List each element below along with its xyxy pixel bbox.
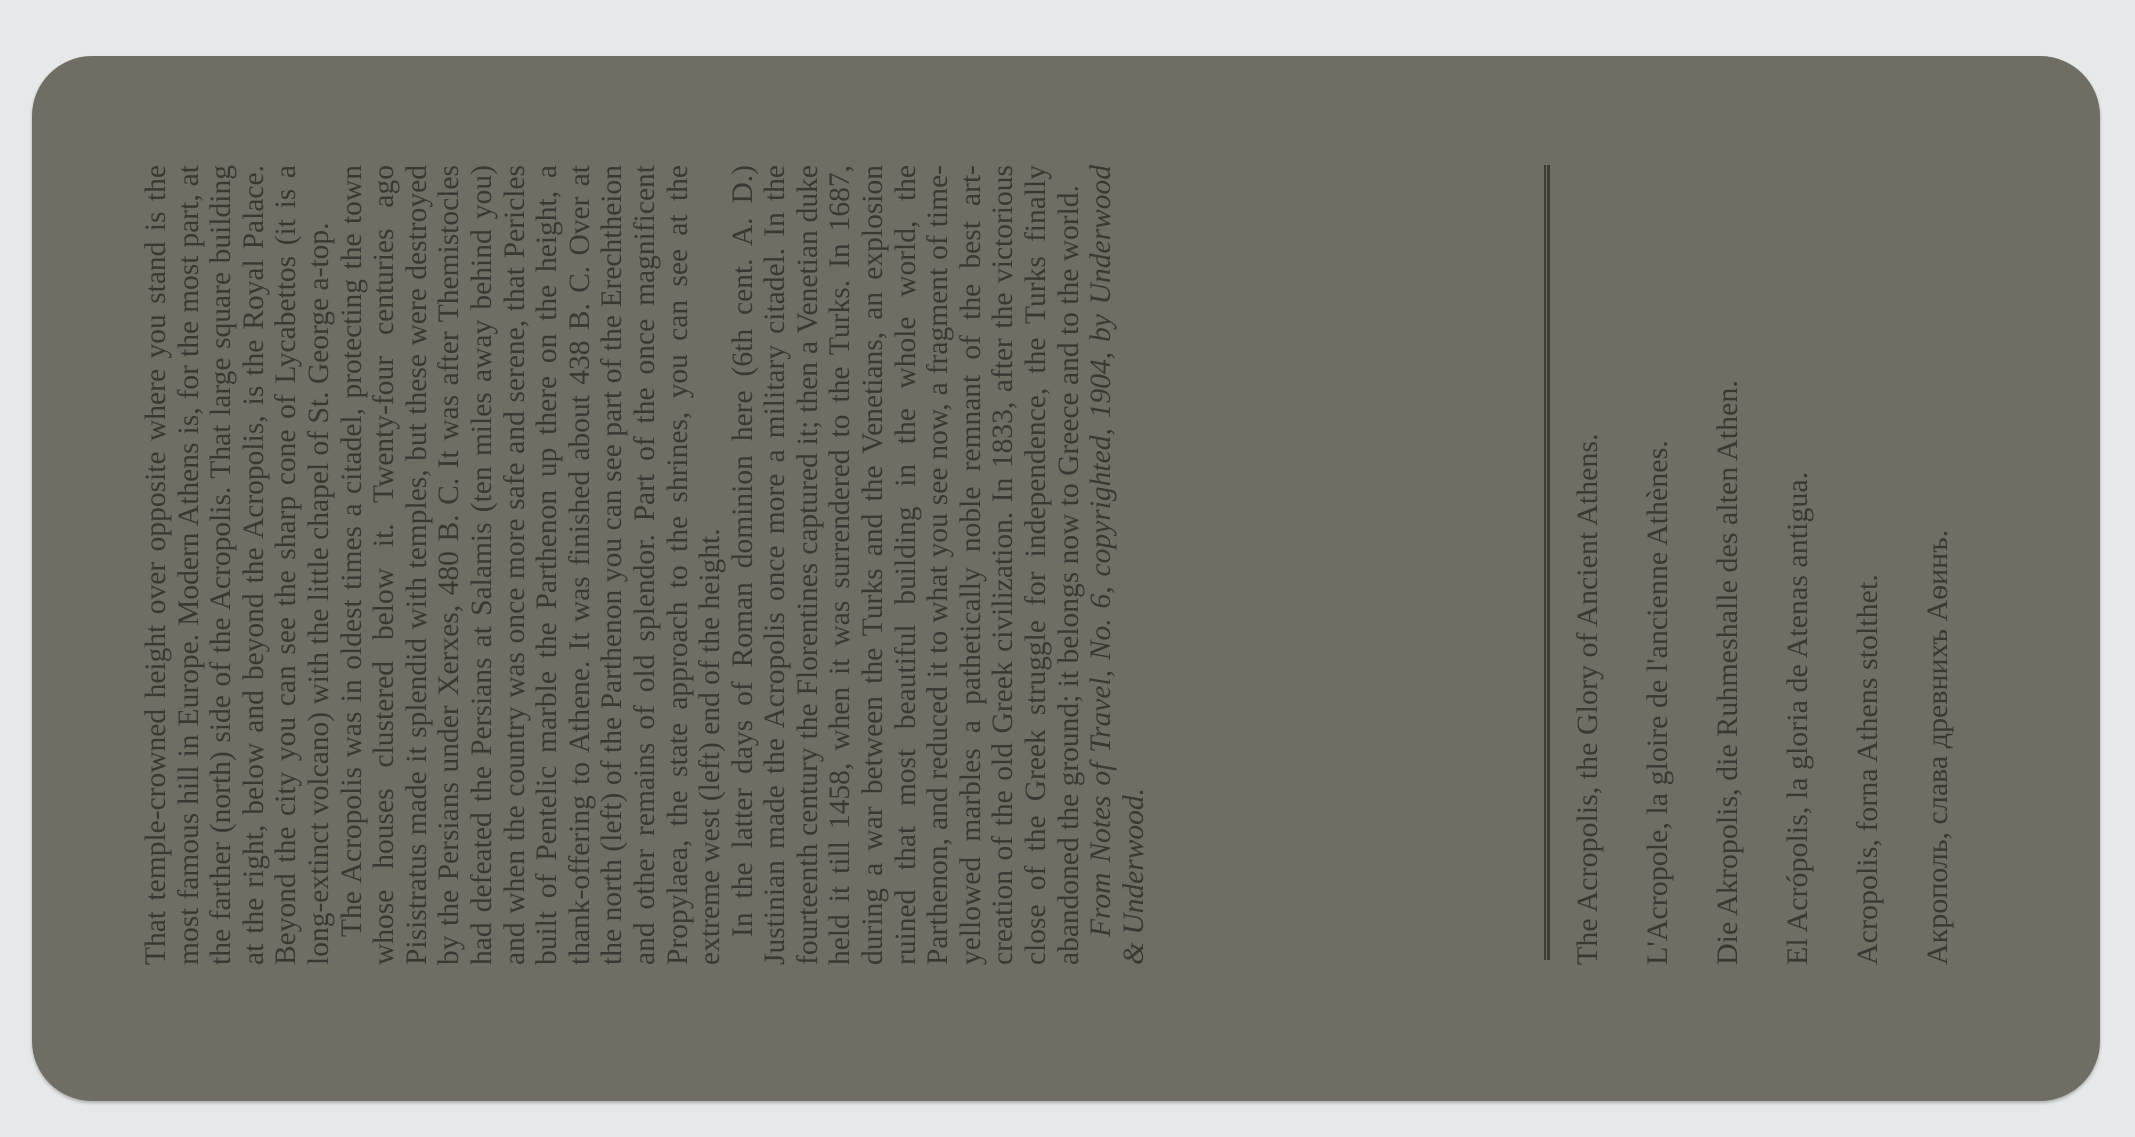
paragraph-intro: That temple-crowned height over opposite… xyxy=(140,165,336,965)
title-german: Die Akropolis, die Ruhmeshalle des alten… xyxy=(1712,165,1744,965)
title-english: The Acropolis, the Glory of Ancient Athe… xyxy=(1572,165,1604,965)
paragraph-history: The Acropolis was in oldest times a cita… xyxy=(336,165,727,965)
title-spanish: El Acrópolis, la gloria de Atenas antigu… xyxy=(1782,165,1814,965)
multilingual-titles: The Acropolis, the Glory of Ancient Athe… xyxy=(1572,165,1952,965)
paragraph-later-history: In the latter days of Roman dominion her… xyxy=(727,165,1086,965)
copyright-credit: From Notes of Travel, No. 6, copyrighted… xyxy=(1085,165,1150,965)
title-russian: Акрополь, слава древнихъ Аѳинъ. xyxy=(1922,165,1954,965)
title-french: L'Acropole, la gloire de l'ancienne Athè… xyxy=(1642,165,1674,965)
description-text-block: That temple-crowned height over opposite… xyxy=(140,165,1510,965)
title-swedish: Acropolis, forna Athens stolthet. xyxy=(1852,165,1884,965)
double-divider-rule xyxy=(1544,165,1550,960)
